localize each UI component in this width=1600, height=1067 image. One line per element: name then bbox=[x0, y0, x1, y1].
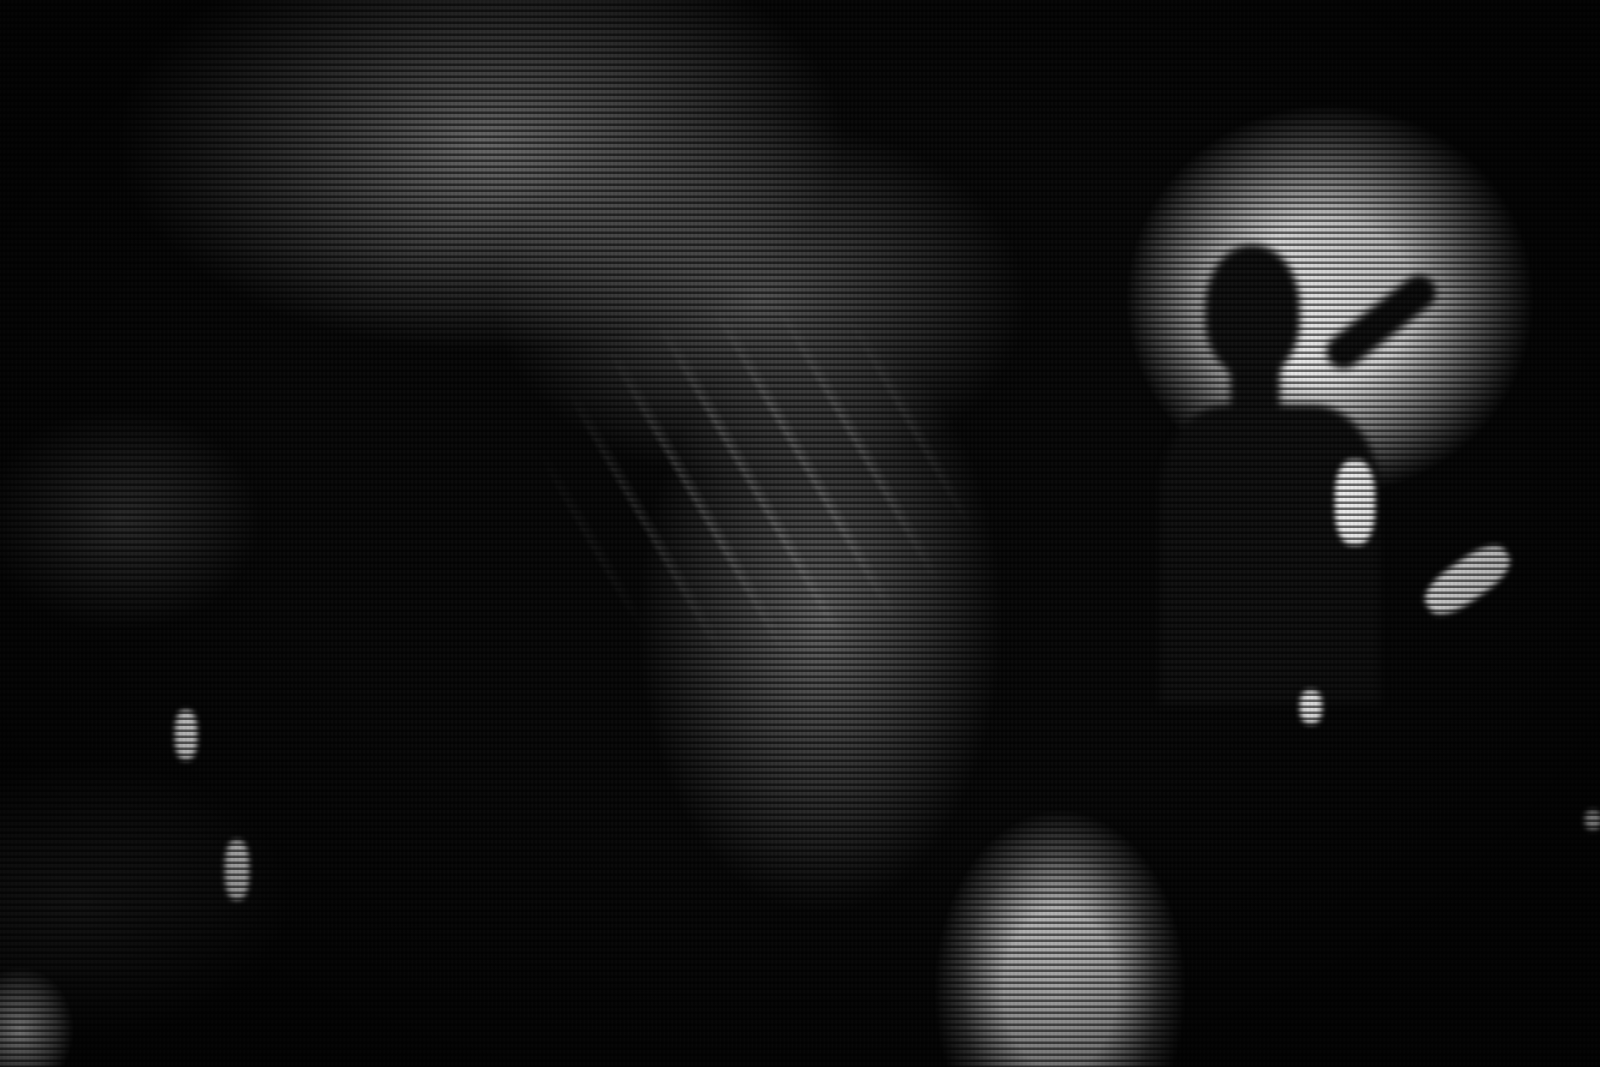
tv-screen-photograph: Black-and-white photograph of a televisi… bbox=[0, 0, 1600, 1067]
vignette bbox=[0, 0, 1600, 1067]
